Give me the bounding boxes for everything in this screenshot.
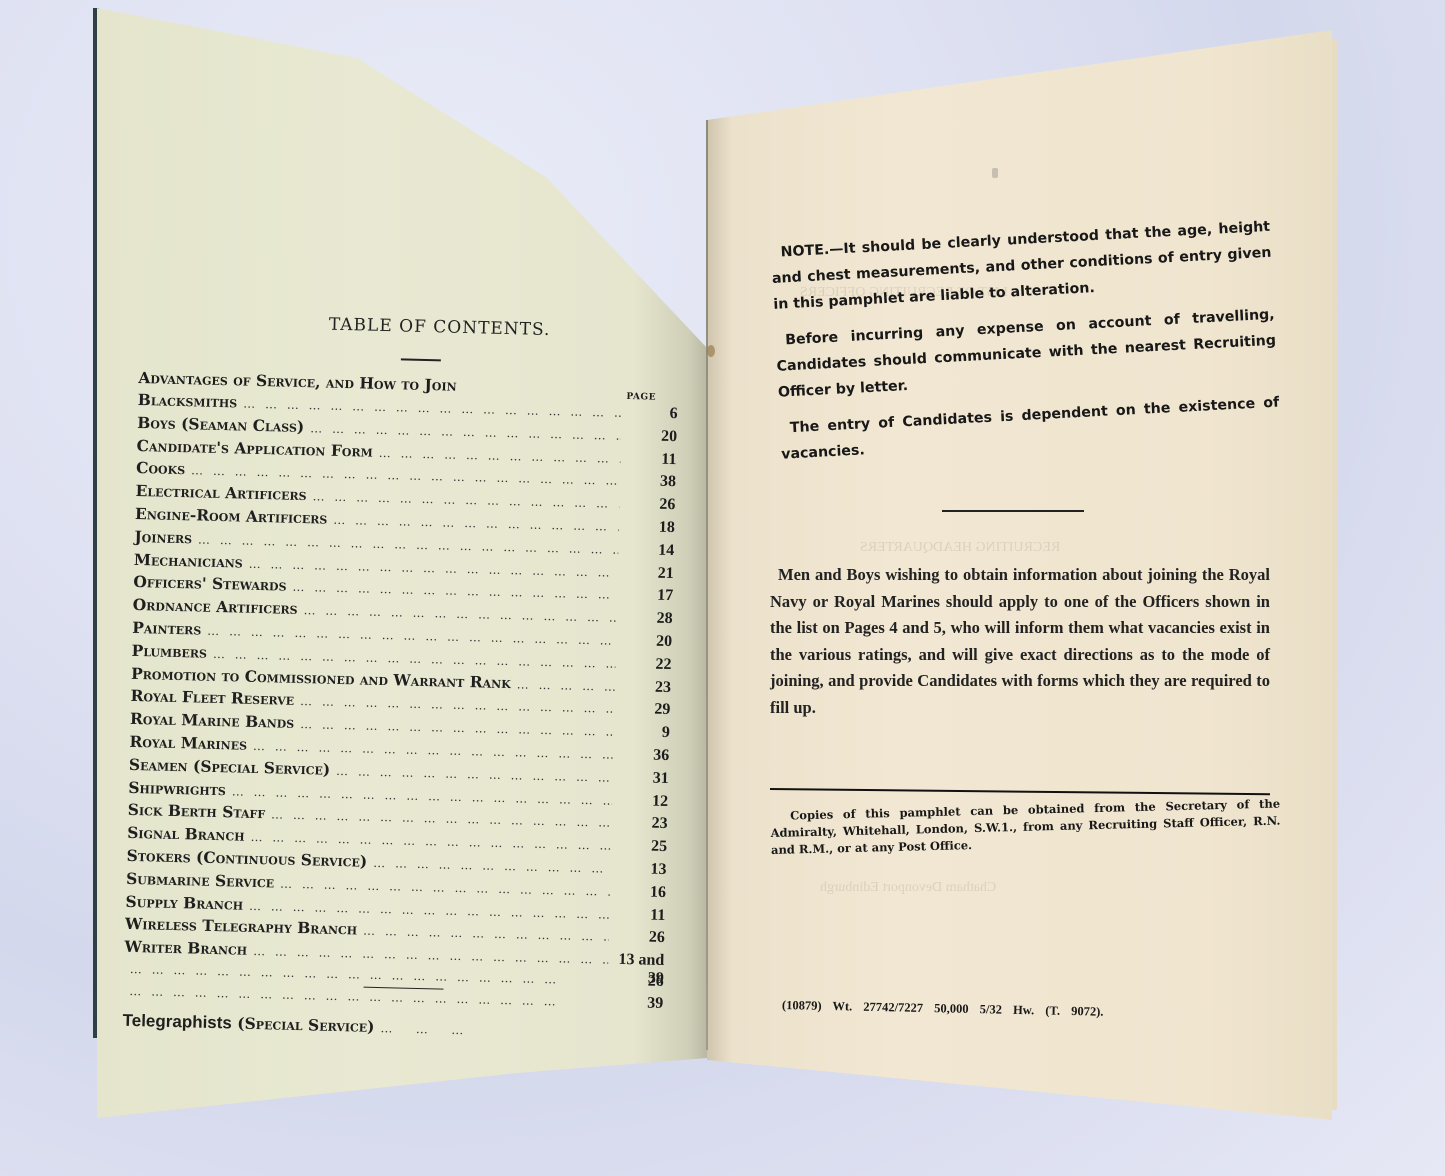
toc-entry-page: 23 [611, 814, 667, 833]
info-paragraph: Men and Boys wishing to obtain informati… [770, 562, 1270, 721]
toc-entry-page: 16 [610, 882, 666, 901]
toc-entry-page: 6 [621, 404, 677, 423]
leader-dots: … … … … … … … … … … … … … … … … … … … … [294, 717, 614, 739]
toc-entry-name: Engine-Room Artificers [135, 504, 328, 528]
table-of-contents: TABLE OF CONTENTS. Advantages of Service… [122, 310, 680, 1047]
leader-dots: … … … … … … … … … … … … … … … … … … … … [274, 876, 610, 898]
toc-entry-name: Seamen (Special Service) [129, 755, 331, 779]
leader-dots: … … … … … … … … … … … … … … … … … … … … [357, 924, 609, 944]
section-rule [942, 510, 1084, 512]
title-rule [401, 358, 441, 361]
toc-entry-name: Boys (Seaman Class) [137, 413, 304, 436]
paper-stain [707, 345, 715, 357]
leader-dots: … … … … … … … … … … … … … … … … … … … … [511, 677, 616, 694]
toc-entry-page: 20 [621, 427, 677, 446]
bleed-through-text: Chatham Devonport Edinburgh [820, 880, 996, 896]
note-paragraph: Before incurring any expense on account … [775, 302, 1278, 406]
leader-dots: … … … … … … … … … … … … … … … … … … … … [304, 421, 621, 443]
toc-entry-page: 12 [612, 791, 668, 810]
toc-entry-name-main: Telegraphists [122, 1011, 232, 1033]
leader-dots: … … … … … … … … … … … … … … … … … … … … [286, 580, 617, 602]
toc-entry-name: Signal Branch [127, 823, 245, 845]
toc-entry-name: Cooks [136, 458, 185, 478]
toc-entry-page: 22 [615, 654, 671, 673]
toc-entry-name: Royal Fleet Reserve [130, 686, 294, 709]
toc-entry-page: 36 [613, 746, 669, 765]
bleed-through-text: RECRUITING HEADQUARTERS [860, 540, 1060, 556]
toc-entry-page: 26 [609, 928, 665, 947]
toc-entry-name: Electrical Artificers [135, 481, 306, 504]
info-block: Men and Boys wishing to obtain informati… [770, 562, 1270, 721]
toc-entry-name: Officers' Stewards [133, 572, 287, 595]
toc-entry-page: 13 [610, 860, 666, 879]
toc-entry-name: Submarine Service [126, 869, 274, 892]
toc-entry-page: 25 [611, 837, 667, 856]
toc-entry-page: 9 [614, 723, 670, 742]
toc-entry-page: 39 [607, 994, 663, 1013]
toc-entry-page: 14 [618, 541, 674, 560]
toc-entry-name: Supply Branch [125, 891, 243, 913]
leader-dots: … … … … … … … … … … … … … … … … … … … … [294, 694, 615, 716]
booklet-spine [706, 120, 708, 1050]
toc-entry-page: 11 [620, 449, 676, 468]
leader-dots: … … … [374, 1021, 606, 1041]
toc-entry-page: 26 [619, 495, 675, 514]
toc-entry-page: 29 [614, 700, 670, 719]
note-block: NOTE.—It should be clearly understood th… [770, 214, 1281, 468]
toc-entries: Blacksmiths… … … … … … … … … … … … … … …… [123, 390, 678, 1018]
toc-entry-page: 17 [617, 586, 673, 605]
toc-entry-page: 21 [618, 563, 674, 582]
toc-entry-page: 26 [608, 972, 664, 991]
toc-entry-page: 18 [619, 518, 675, 537]
toc-entry-name: Mechanicians [134, 550, 243, 572]
toc-entry-name: Blacksmiths [138, 390, 238, 411]
toc-entry-page: 38 [620, 472, 676, 491]
toc-entry-name: Royal Marines [129, 732, 247, 754]
leader-dots: … … … … … … … … … … … … … … … … … … … … [327, 513, 619, 534]
toc-entry-page: 31 [613, 768, 669, 787]
leader-dots: … … … … … … … … … … … … … … … … … … … … [297, 603, 616, 625]
toc-entry-page: 28 [616, 609, 672, 628]
toc-entry-name: Writer Branch [124, 937, 247, 959]
toc-entry-name: Joiners [134, 527, 192, 547]
toc-entry-page: 23 [615, 677, 671, 696]
page-column-label: PAGE [626, 392, 656, 403]
leader-dots: … … … … … … … … … … … … … … … … … … … … [330, 764, 613, 785]
right-page-content: NOTE.—It should be clearly understood th… [770, 240, 1270, 478]
toc-entry-name: Painters [132, 618, 201, 639]
leader-dots: … … … … … … … … … … … … … … … … … … … … [306, 489, 619, 511]
toc-entry-page: 20 [616, 632, 672, 651]
toc-entry-page: 11 [609, 905, 665, 924]
toc-entry-name-rest: (Special Service) [237, 1014, 375, 1036]
faint-page-mark [992, 168, 998, 178]
toc-entry-name: Sick Berth Staff [128, 800, 266, 822]
toc-entry-name: Plumbers [131, 641, 207, 662]
toc-entry-page [606, 1038, 662, 1039]
toc-entry-name: Ordnance Artificers [133, 595, 298, 618]
toc-entry-name: Royal Marine Bands [130, 709, 295, 732]
leader-dots: … … … … … … … … … … … … … … … … … … … … [367, 856, 611, 876]
toc-entry-name: Shipwrights [128, 777, 226, 798]
leader-dots: … … … … … … … … … … … … … … … … … … … … [373, 445, 621, 465]
